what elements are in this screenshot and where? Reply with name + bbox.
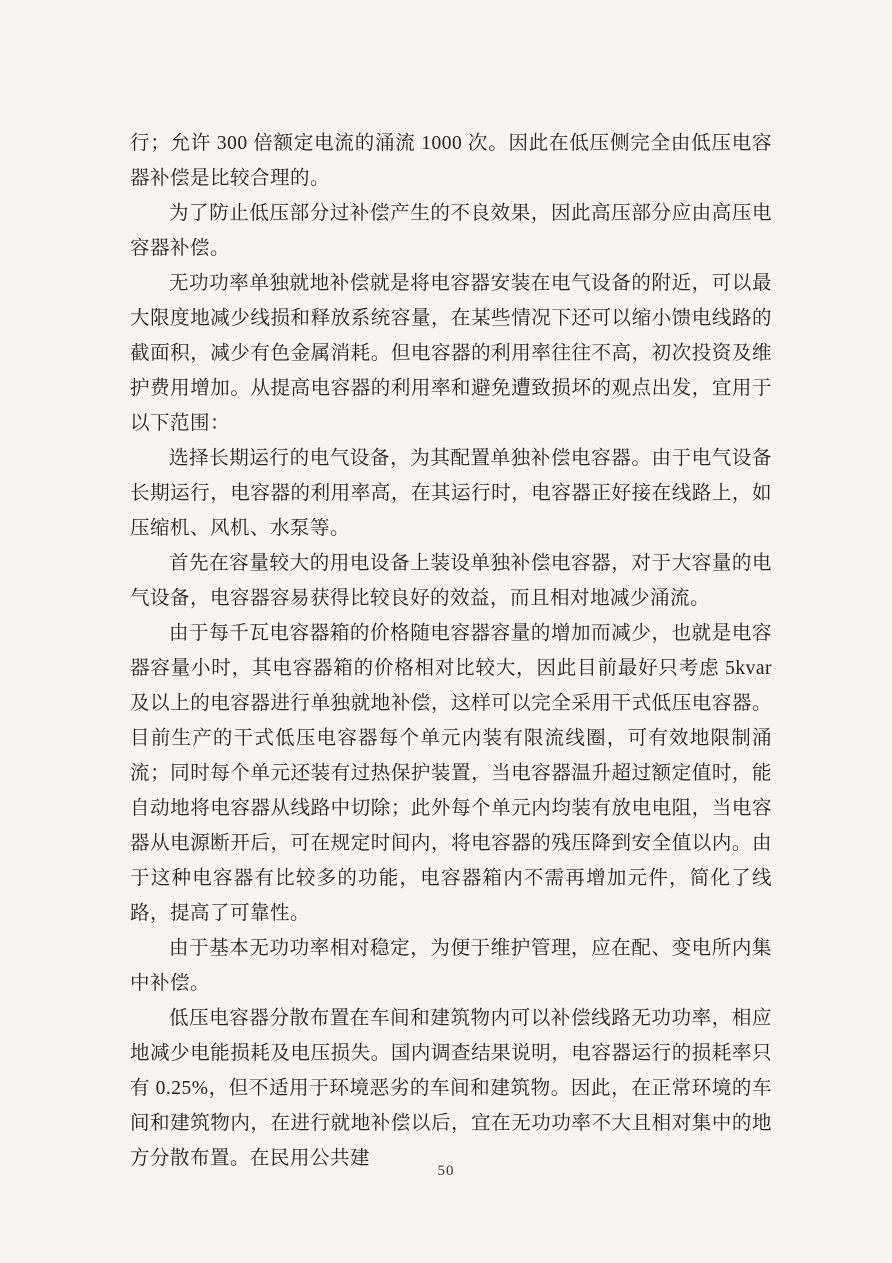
paragraph: 首先在容量较大的用电设备上装设单独补偿电容器，对于大容量的电气设备，电容器容易获… (130, 546, 772, 616)
paragraph: 无功功率单独就地补偿就是将电容器安装在电气设备的附近，可以最大限度地减少线损和释… (130, 266, 772, 441)
paragraph: 由于基本无功功率相对稳定，为便于维护管理，应在配、变电所内集中补偿。 (130, 931, 772, 1001)
page-number: 50 (0, 1163, 892, 1180)
paragraph: 由于每千瓦电容器箱的价格随电容器容量的增加而减少，也就是电容器容量小时，其电容器… (130, 616, 772, 931)
paragraph: 低压电容器分散布置在车间和建筑物内可以补偿线路无功功率，相应地减少电能损耗及电压… (130, 1001, 772, 1176)
document-page: 行；允许 300 倍额定电流的涌流 1000 次。因此在低压侧完全由低压电容器补… (0, 0, 892, 1263)
document-body-text: 行；允许 300 倍额定电流的涌流 1000 次。因此在低压侧完全由低压电容器补… (130, 126, 772, 1176)
paragraph: 选择长期运行的电气设备，为其配置单独补偿电容器。由于电气设备长期运行，电容器的利… (130, 441, 772, 546)
paragraph: 行；允许 300 倍额定电流的涌流 1000 次。因此在低压侧完全由低压电容器补… (130, 126, 772, 196)
paragraph: 为了防止低压部分过补偿产生的不良效果，因此高压部分应由高压电容器补偿。 (130, 196, 772, 266)
